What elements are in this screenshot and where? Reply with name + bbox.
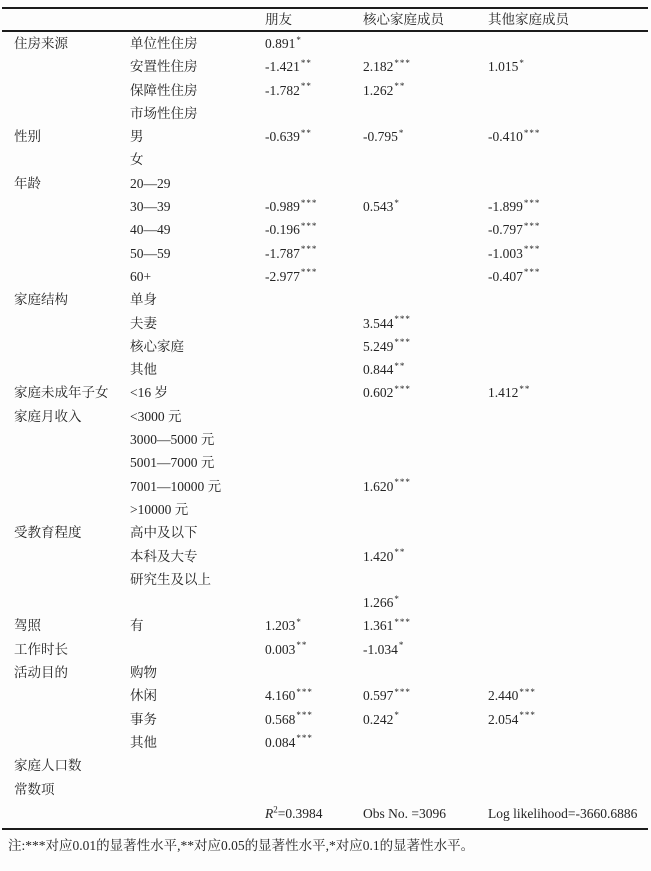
table-row: 家庭未成年子女<16 岁0.602***1.412** [0, 381, 651, 404]
cell-value-friends: -1.787*** [265, 242, 317, 265]
significance-stars: *** [519, 710, 536, 720]
cell-value-friends-text: -1.782 [265, 83, 300, 98]
column-header-other-family: 其他家庭成员 [488, 9, 569, 30]
cell-value-other-family: -0.407*** [488, 265, 540, 288]
table-row: 事务0.568***0.242*2.054*** [0, 708, 651, 731]
row-sub-label-text: >10000 元 [130, 502, 188, 517]
cell-value-core-family-text: 0.597 [363, 688, 393, 703]
significance-stars: *** [524, 267, 541, 277]
significance-stars: *** [394, 58, 411, 68]
row-sub-label-text: 30—39 [130, 199, 171, 214]
table-row: 保障性住房-1.782**1.262** [0, 79, 651, 102]
r-symbol: R [265, 806, 273, 821]
row-sub-label-text: 20—29 [130, 176, 171, 191]
row-group-label: 受教育程度 [14, 521, 82, 544]
cell-value-core-family-text: 3.544 [363, 316, 393, 331]
cell-value-friends-text: -1.787 [265, 246, 300, 261]
row-sub-label: 本科及大专 [130, 545, 198, 568]
row-sub-label: >10000 元 [130, 498, 188, 521]
table-row: 性别男-0.639**-0.795*-0.410*** [0, 125, 651, 148]
cell-value-friends-text: 4.160 [265, 688, 295, 703]
cell-value-core-family-text: 2.182 [363, 59, 393, 74]
cell-value-friends: -2.977*** [265, 265, 317, 288]
row-sub-label: 单身 [130, 288, 157, 311]
cell-value-core-family: 5.249*** [363, 335, 411, 358]
row-sub-label-text: 60+ [130, 269, 151, 284]
column-header-core-family: 核心家庭成员 [363, 9, 444, 30]
cell-value-core-family: 1.420** [363, 545, 405, 568]
significance-stars: *** [524, 244, 541, 254]
table-row: 核心家庭5.249*** [0, 335, 651, 358]
cell-value-friends-text: -1.421 [265, 59, 300, 74]
cell-value-other-family-text: -1.899 [488, 199, 523, 214]
table-row: 常数项 [0, 778, 651, 801]
cell-value-friends-text: -2.977 [265, 269, 300, 284]
row-group-label: 活动目的 [14, 661, 68, 684]
row-group-label: 家庭月收入 [14, 405, 82, 428]
cell-value-friends-text: 0.568 [265, 712, 295, 727]
row-group-label-text: 家庭人口数 [14, 758, 82, 773]
cell-value-friends-text: 0.084 [265, 735, 295, 750]
row-sub-label: 60+ [130, 265, 151, 288]
table-row: 本科及大专1.420** [0, 545, 651, 568]
row-sub-label: 30—39 [130, 195, 171, 218]
row-sub-label-text: 市场性住房 [130, 106, 198, 121]
log-likelihood-stat: Log likelihood=-3660.6886 [488, 801, 637, 826]
cell-value-friends-text: 0.003 [265, 642, 295, 657]
regression-table-page: 朋友 核心家庭成员 其他家庭成员 住房来源单位性住房0.891*安置性住房-1.… [0, 0, 651, 871]
row-sub-label-text: 单位性住房 [130, 36, 198, 51]
table-body: 住房来源单位性住房0.891*安置性住房-1.421**2.182***1.01… [0, 32, 651, 801]
significance-stars: *** [296, 710, 313, 720]
r-squared-stat: R2=0.3984 [265, 801, 323, 826]
significance-note: 注:***对应0.01的显著性水平,**对应0.05的显著性水平,*对应0.1的… [8, 837, 643, 855]
significance-stars: *** [524, 198, 541, 208]
cell-value-other-family: -0.410*** [488, 125, 540, 148]
row-sub-label-text: 7001—10000 元 [130, 479, 221, 494]
row-group-label: 驾照 [14, 614, 41, 637]
cell-value-core-family: 0.844** [363, 358, 405, 381]
cell-value-core-family-text: 1.266 [363, 595, 393, 610]
row-sub-label: <16 岁 [130, 381, 168, 404]
row-sub-label: <3000 元 [130, 405, 182, 428]
row-sub-label-text: <3000 元 [130, 409, 182, 424]
significance-stars: *** [524, 221, 541, 231]
significance-stars: ** [301, 128, 312, 138]
row-sub-label: 20—29 [130, 172, 171, 195]
significance-stars: ** [296, 640, 307, 650]
row-group-label-text: 家庭月收入 [14, 409, 82, 424]
cell-value-core-family-text: 1.620 [363, 479, 393, 494]
row-sub-label: 高中及以下 [130, 521, 198, 544]
row-sub-label-text: 女 [130, 152, 144, 167]
row-group-label-text: 活动目的 [14, 665, 68, 680]
row-sub-label-text: 事务 [130, 712, 157, 727]
row-sub-label-text: 5001—7000 元 [130, 455, 214, 470]
significance-stars: *** [301, 198, 318, 208]
cell-value-core-family-text: 0.602 [363, 385, 393, 400]
table-row: 受教育程度高中及以下 [0, 521, 651, 544]
table-row: 3000—5000 元 [0, 428, 651, 451]
row-group-label-text: 工作时长 [14, 642, 68, 657]
significance-stars: * [296, 35, 302, 45]
table-row: 1.266* [0, 591, 651, 614]
cell-value-friends: -1.421** [265, 55, 312, 78]
row-sub-label-text: 50—59 [130, 246, 171, 261]
cell-value-other-family: 1.015* [488, 55, 525, 78]
row-sub-label: 女 [130, 148, 144, 171]
table-row: 其他0.084*** [0, 731, 651, 754]
row-sub-label-text: 保障性住房 [130, 83, 198, 98]
row-group-label: 性别 [14, 125, 41, 148]
significance-stars: *** [301, 267, 318, 277]
row-sub-label: 40—49 [130, 218, 171, 241]
row-group-label-text: 性别 [14, 129, 41, 144]
row-sub-label-text: 购物 [130, 665, 157, 680]
cell-value-friends-text: 1.203 [265, 618, 295, 633]
cell-value-other-family-text: -0.407 [488, 269, 523, 284]
table-bottom-rule [2, 828, 648, 830]
cell-value-core-family: 1.262** [363, 79, 405, 102]
row-group-label: 家庭未成年子女 [14, 381, 109, 404]
cell-value-other-family-text: 2.440 [488, 688, 518, 703]
cell-value-other-family-text: -0.797 [488, 222, 523, 237]
table-row: 60+-2.977***-0.407*** [0, 265, 651, 288]
cell-value-other-family: -1.899*** [488, 195, 540, 218]
row-sub-label: 其他 [130, 731, 157, 754]
row-sub-label-text: 3000—5000 元 [130, 432, 214, 447]
row-sub-label: 夫妻 [130, 312, 157, 335]
cell-value-friends: -0.639** [265, 125, 312, 148]
significance-stars: ** [394, 81, 405, 91]
observations-stat: Obs No. =3096 [363, 801, 446, 826]
row-sub-label-text: 其他 [130, 735, 157, 750]
row-group-label-text: 住房来源 [14, 36, 68, 51]
cell-value-other-family: 2.440*** [488, 684, 536, 707]
table-row: 研究生及以上 [0, 568, 651, 591]
row-sub-label: 购物 [130, 661, 157, 684]
significance-stars: ** [301, 58, 312, 68]
significance-stars: *** [524, 128, 541, 138]
significance-stars: ** [519, 384, 530, 394]
row-sub-label-text: 有 [130, 618, 144, 633]
row-sub-label: 保障性住房 [130, 79, 198, 102]
table-row: 市场性住房 [0, 102, 651, 125]
table-row: 休闲4.160***0.597***2.440*** [0, 684, 651, 707]
significance-stars: *** [394, 337, 411, 347]
table-row: 安置性住房-1.421**2.182***1.015* [0, 55, 651, 78]
row-sub-label: 男 [130, 125, 144, 148]
row-sub-label-text: 高中及以下 [130, 525, 198, 540]
table-row: 家庭结构单身 [0, 288, 651, 311]
significance-stars: ** [394, 361, 405, 371]
row-group-label: 常数项 [14, 778, 55, 801]
cell-value-core-family-text: 1.361 [363, 618, 393, 633]
significance-stars: *** [394, 314, 411, 324]
row-sub-label: 50—59 [130, 242, 171, 265]
cell-value-core-family-text: 1.420 [363, 549, 393, 564]
row-sub-label: 研究生及以上 [130, 568, 211, 591]
row-sub-label-text: <16 岁 [130, 385, 168, 400]
cell-value-core-family-text: -1.034 [363, 642, 398, 657]
row-sub-label: 单位性住房 [130, 32, 198, 55]
cell-value-core-family: 0.597*** [363, 684, 411, 707]
cell-value-core-family: 0.543* [363, 195, 400, 218]
row-sub-label: 7001—10000 元 [130, 475, 221, 498]
row-sub-label: 核心家庭 [130, 335, 184, 358]
significance-stars: * [519, 58, 525, 68]
table-row: 住房来源单位性住房0.891* [0, 32, 651, 55]
cell-value-core-family: -0.795* [363, 125, 404, 148]
cell-value-friends: 0.003** [265, 638, 307, 661]
cell-value-friends: -1.782** [265, 79, 312, 102]
row-sub-label: 安置性住房 [130, 55, 198, 78]
row-sub-label-text: 研究生及以上 [130, 572, 211, 587]
table-row: 女 [0, 148, 651, 171]
table-row: 工作时长0.003**-1.034* [0, 638, 651, 661]
row-sub-label-text: 单身 [130, 292, 157, 307]
cell-value-other-family-text: -1.003 [488, 246, 523, 261]
significance-stars: *** [519, 687, 536, 697]
cell-value-friends-text: -0.989 [265, 199, 300, 214]
cell-value-core-family-text: 0.242 [363, 712, 393, 727]
cell-value-other-family: 1.412** [488, 381, 530, 404]
table-row: 5001—7000 元 [0, 451, 651, 474]
significance-stars: * [394, 198, 400, 208]
cell-value-other-family: -1.003*** [488, 242, 540, 265]
significance-stars: *** [301, 244, 318, 254]
table-row: 7001—10000 元1.620*** [0, 475, 651, 498]
table-header-row: 朋友 核心家庭成员 其他家庭成员 [0, 9, 651, 30]
table-row: 家庭月收入<3000 元 [0, 405, 651, 428]
significance-stars: ** [301, 81, 312, 91]
significance-stars: * [399, 640, 405, 650]
row-sub-label-text: 休闲 [130, 688, 157, 703]
row-sub-label-text: 核心家庭 [130, 339, 184, 354]
significance-stars: ** [394, 547, 405, 557]
row-group-label: 年龄 [14, 172, 41, 195]
row-group-label-text: 常数项 [14, 782, 55, 797]
table-stats-row: R2=0.3984 Obs No. =3096 Log likelihood=-… [0, 801, 651, 826]
row-group-label: 住房来源 [14, 32, 68, 55]
cell-value-core-family-text: 1.262 [363, 83, 393, 98]
row-sub-label-text: 其他 [130, 362, 157, 377]
cell-value-core-family-text: 0.844 [363, 362, 393, 377]
significance-stars: *** [394, 477, 411, 487]
cell-value-core-family: 1.620*** [363, 475, 411, 498]
cell-value-friends: 0.084*** [265, 731, 313, 754]
table-row: 驾照有1.203*1.361*** [0, 614, 651, 637]
cell-value-friends: -0.989*** [265, 195, 317, 218]
significance-stars: * [296, 617, 302, 627]
row-sub-label: 市场性住房 [130, 102, 198, 125]
table-row: 活动目的购物 [0, 661, 651, 684]
cell-value-friends-text: 0.891 [265, 36, 295, 51]
cell-value-core-family: 0.242* [363, 708, 400, 731]
significance-stars: *** [301, 221, 318, 231]
significance-stars: *** [394, 384, 411, 394]
row-sub-label-text: 40—49 [130, 222, 171, 237]
row-sub-label-text: 本科及大专 [130, 549, 198, 564]
row-group-label-text: 受教育程度 [14, 525, 82, 540]
cell-value-core-family-text: 0.543 [363, 199, 393, 214]
row-sub-label-text: 夫妻 [130, 316, 157, 331]
cell-value-other-family-text: 1.015 [488, 59, 518, 74]
cell-value-core-family: 3.544*** [363, 312, 411, 335]
table-row: 夫妻3.544*** [0, 312, 651, 335]
cell-value-core-family: 0.602*** [363, 381, 411, 404]
row-sub-label: 事务 [130, 708, 157, 731]
table-row: 30—39-0.989***0.543*-1.899*** [0, 195, 651, 218]
r-squared-value: =0.3984 [278, 806, 323, 821]
cell-value-other-family: 2.054*** [488, 708, 536, 731]
cell-value-core-family: 1.266* [363, 591, 400, 614]
row-group-label: 工作时长 [14, 638, 68, 661]
significance-stars: *** [394, 617, 411, 627]
table-row: 50—59-1.787***-1.003*** [0, 242, 651, 265]
table-row: 家庭人口数 [0, 754, 651, 777]
cell-value-other-family-text: 2.054 [488, 712, 518, 727]
row-sub-label: 5001—7000 元 [130, 451, 214, 474]
table-row: >10000 元 [0, 498, 651, 521]
significance-stars: * [394, 710, 400, 720]
row-sub-label: 休闲 [130, 684, 157, 707]
row-sub-label-text: 男 [130, 129, 144, 144]
cell-value-other-family-text: -0.410 [488, 129, 523, 144]
significance-stars: *** [394, 687, 411, 697]
cell-value-friends-text: -0.196 [265, 222, 300, 237]
significance-stars: *** [296, 687, 313, 697]
cell-value-core-family: 1.361*** [363, 614, 411, 637]
cell-value-friends: 4.160*** [265, 684, 313, 707]
significance-stars: *** [296, 733, 313, 743]
cell-value-core-family-text: 5.249 [363, 339, 393, 354]
row-group-label-text: 年龄 [14, 176, 41, 191]
row-group-label-text: 家庭结构 [14, 292, 68, 307]
cell-value-other-family: -0.797*** [488, 218, 540, 241]
row-group-label: 家庭结构 [14, 288, 68, 311]
cell-value-friends: 1.203* [265, 614, 302, 637]
row-group-label-text: 驾照 [14, 618, 41, 633]
cell-value-friends: -0.196*** [265, 218, 317, 241]
row-sub-label: 3000—5000 元 [130, 428, 214, 451]
row-sub-label-text: 安置性住房 [130, 59, 198, 74]
cell-value-core-family-text: -0.795 [363, 129, 398, 144]
cell-value-friends-text: -0.639 [265, 129, 300, 144]
significance-stars: * [399, 128, 405, 138]
cell-value-other-family-text: 1.412 [488, 385, 518, 400]
table-row: 年龄20—29 [0, 172, 651, 195]
cell-value-core-family: 2.182*** [363, 55, 411, 78]
row-sub-label: 有 [130, 614, 144, 637]
column-header-friends: 朋友 [265, 9, 292, 30]
row-group-label-text: 家庭未成年子女 [14, 385, 109, 400]
cell-value-core-family: -1.034* [363, 638, 404, 661]
cell-value-friends: 0.568*** [265, 708, 313, 731]
cell-value-friends: 0.891* [265, 32, 302, 55]
table-row: 其他0.844** [0, 358, 651, 381]
row-group-label: 家庭人口数 [14, 754, 82, 777]
row-sub-label: 其他 [130, 358, 157, 381]
table-row: 40—49-0.196***-0.797*** [0, 218, 651, 241]
significance-stars: * [394, 594, 400, 604]
